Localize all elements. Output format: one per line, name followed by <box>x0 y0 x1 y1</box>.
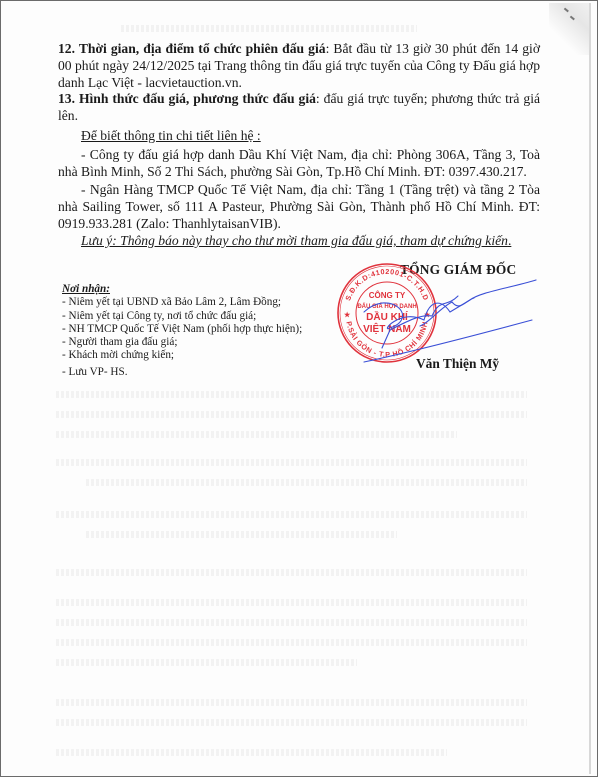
note-text: Lưu ý: Thông báo này thay cho thư mời th… <box>81 233 508 248</box>
scan-edge <box>589 3 591 774</box>
recipient-item: - Niêm yết tại Công ty, nơi tổ chức đấu … <box>62 310 302 323</box>
note: Lưu ý: Thông báo này thay cho thư mời th… <box>81 233 511 249</box>
note-end: . <box>508 233 511 248</box>
recipient-item: - Khách mời chứng kiến; <box>62 349 302 362</box>
bleed-through <box>56 431 457 438</box>
handwritten-signature <box>360 278 540 368</box>
contact-title: Để biết thông tin chi tiết liên hệ : <box>81 128 261 144</box>
bleed-through <box>56 569 527 576</box>
section-13-title: 13. Hình thức đấu giá, phương thức đấu g… <box>58 91 316 106</box>
recipient-item: - Niêm yết tại UBND xã Bảo Lâm 2, Lâm Đồ… <box>62 296 302 309</box>
recipients-title: Nơi nhận: <box>62 283 302 296</box>
bleed-through <box>86 531 397 538</box>
section-12: 12. Thời gian, địa điểm tổ chức phiên đấ… <box>58 40 540 91</box>
bleed-through <box>56 659 357 666</box>
bleed-through <box>56 619 527 626</box>
page-corner-curl <box>549 3 589 55</box>
svg-text:★: ★ <box>344 311 351 319</box>
bleed-through <box>56 599 527 606</box>
recipient-item: - Người tham gia đấu giá; <box>62 336 302 349</box>
section-13: 13. Hình thức đấu giá, phương thức đấu g… <box>58 90 540 124</box>
bleed-through <box>86 479 527 486</box>
recipients-list: Nơi nhận: - Niêm yết tại UBND xã Bảo Lâm… <box>62 283 302 379</box>
recipient-item: - NH TMCP Quốc Tế Việt Nam (phối hợp thự… <box>62 323 302 336</box>
section-12-title: 12. Thời gian, địa điểm tổ chức phiên đấ… <box>58 41 326 56</box>
bleed-through <box>56 511 527 518</box>
bleed-through <box>56 699 527 706</box>
bleed-through <box>56 639 527 646</box>
bleed-through <box>56 391 527 398</box>
bleed-through <box>56 411 527 418</box>
bleed-through <box>56 749 447 756</box>
contact-item: - Ngân Hàng TMCP Quốc Tế Việt Nam, địa c… <box>58 181 540 232</box>
bleed-through <box>56 719 527 726</box>
bleed-through <box>121 25 417 32</box>
contact-item: - Công ty đấu giá hợp danh Dầu Khí Việt … <box>58 146 540 180</box>
recipient-item: - Lưu VP- HS. <box>62 366 302 379</box>
signatory-name: Văn Thiện Mỹ <box>416 356 499 372</box>
bleed-through <box>56 459 527 466</box>
